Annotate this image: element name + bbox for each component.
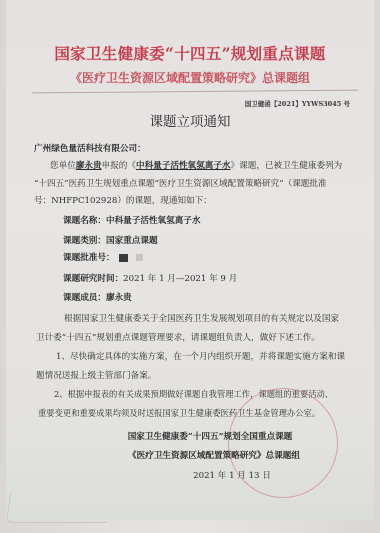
field-label: 课题名称： [63, 216, 106, 226]
field-value: 国家重点课题 [106, 236, 158, 246]
body-item1-line1: 1、尽快确定具体的实施方案，在一个月内组织开题，并将课题实施方案和课 [56, 350, 345, 362]
intro-prefix: 您单位 [50, 161, 76, 171]
field-label: 课题类别： [63, 236, 106, 246]
field-research-period: 课题研究时间：2021 年 1 月—2021 年 9 月 [63, 272, 237, 284]
applicant-name: 廖永贵 [76, 161, 102, 171]
header-title: 国家卫生健康委“十四五”规划重点课题 [0, 42, 380, 64]
signature-date: 2021 年 1 月 13 日 [42, 469, 380, 481]
signature-line-1: 国家卫生健康委“十四五”规划全国重点课题 [20, 430, 380, 442]
field-members: 课题成员：廖永贵 [63, 291, 132, 303]
intro-line-3: 号：NHFPC102928）的课题，现通知如下： [34, 194, 212, 206]
intro-line-2: “十四五”医药卫生规划重点课题“医疗卫生资源区域配置策略研究”（课题批准 [34, 177, 327, 189]
recipient: 广州绿色量活科技有限公司： [34, 142, 146, 154]
redacted-block-faint [136, 254, 143, 261]
body-p1-line1: 根据国家卫生健康委关于全国医药卫生发展规划项目的有关规定以及国家 [64, 312, 339, 324]
field-value: 廖永贵 [106, 293, 132, 303]
field-label: 课题批准号： [63, 253, 115, 263]
field-label: 课题研究时间： [63, 274, 123, 284]
field-approval-number: 课题批准号： [63, 251, 143, 263]
body-p1-line2: 卫计委“十四五”规划重点课题管理要求，请课题组负责人，做好下述工作。 [36, 331, 320, 343]
field-label: 课题成员： [63, 293, 106, 303]
intro-mid: 申报的《 [102, 161, 136, 171]
intro-suffix: 》课题，已被卫生健康委列为 [231, 161, 343, 171]
field-value: 2021 年 1 月—2021 年 9 月 [123, 274, 237, 284]
paper-fold-edge [6, 492, 111, 523]
project-name: 中科量子活性氧氢离子水 [136, 161, 231, 171]
field-topic-category: 课题类别：国家重点课题 [63, 234, 158, 246]
body-item1-line2: 题情况送报上级主管部门备案。 [36, 369, 156, 381]
header-subtitle: 《医疗卫生资源区域配置策略研究》总课题组 [0, 69, 380, 86]
field-value: 中科量子活性氧氢离子水 [106, 216, 201, 226]
redacted-block [119, 254, 128, 262]
notice-title: 课题立项通知 [0, 110, 380, 130]
document-number: 国卫健函【2021】YYWS3045 号 [245, 99, 350, 108]
signature-line-2: 《医疗卫生资源区域配置策略研究》总课题组 [24, 449, 380, 461]
intro-line-1: 您单位廖永贵申报的《中科量子活性氧氢离子水》课题，已被卫生健康委列为 [50, 159, 342, 171]
field-topic-name: 课题名称：中科量子活性氧氢离子水 [63, 214, 201, 226]
official-seal-stamp [228, 388, 338, 498]
